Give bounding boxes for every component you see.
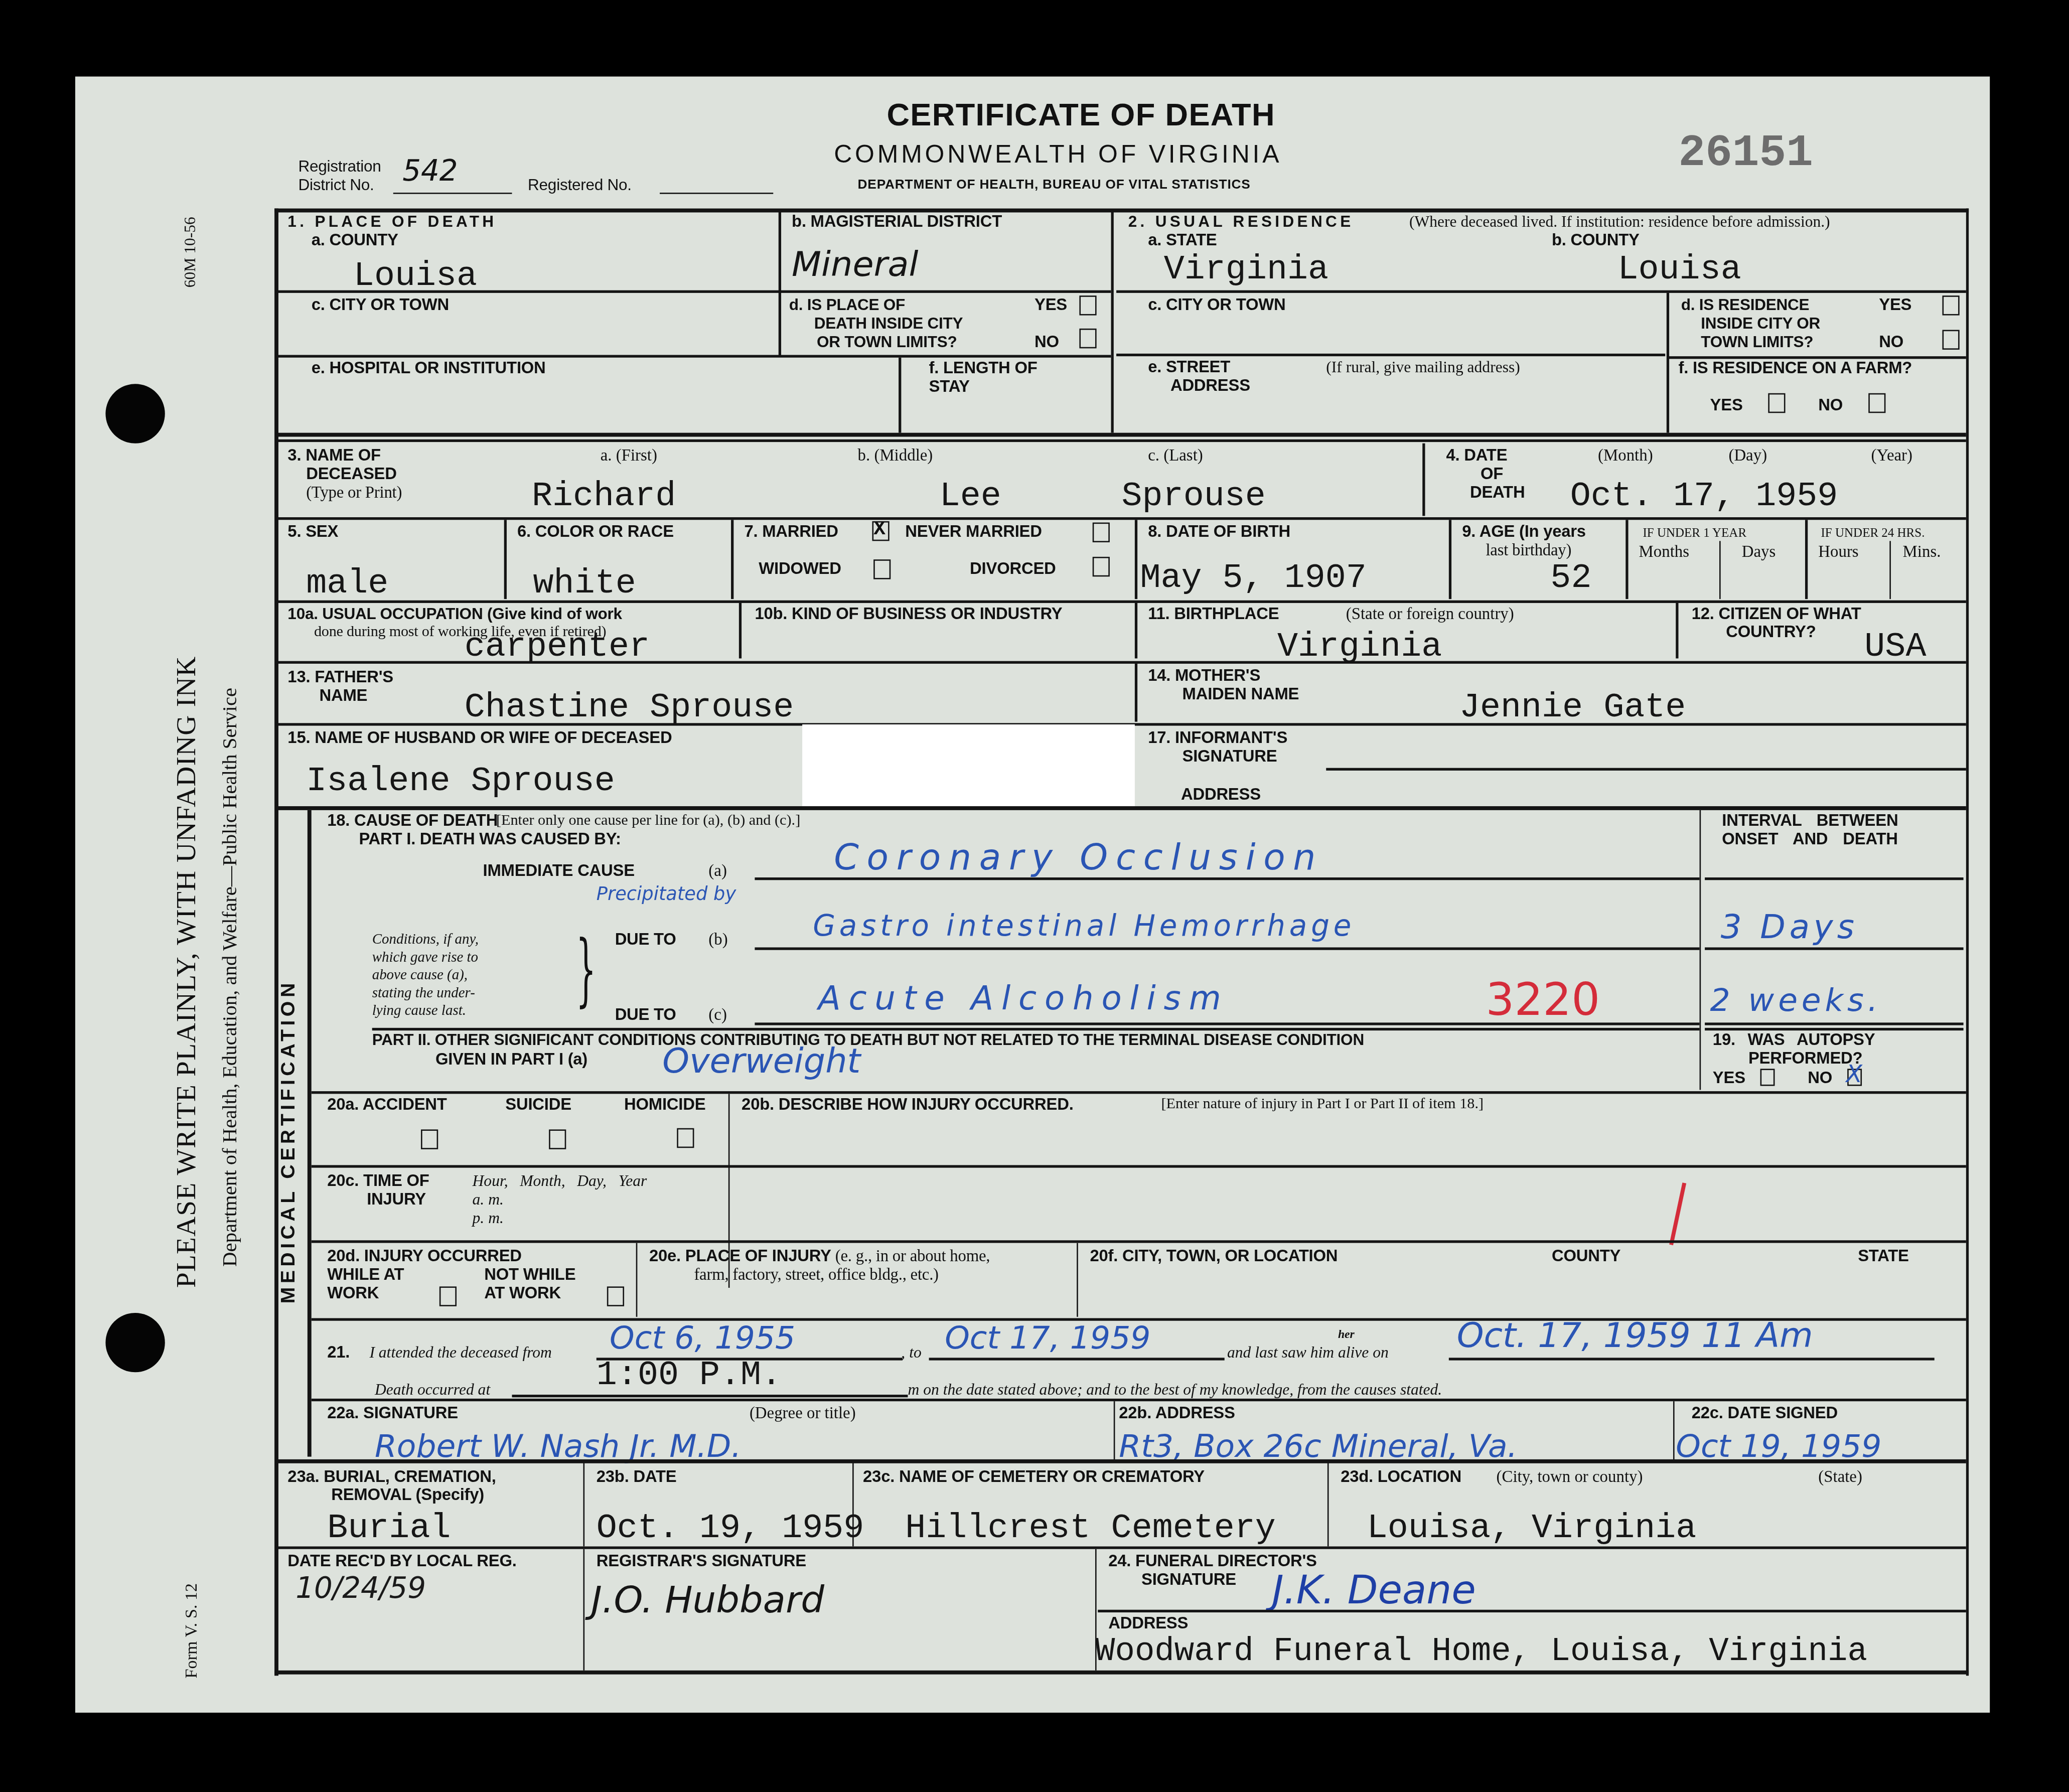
residence-inside-no-checkbox[interactable] (1943, 330, 1960, 350)
injury-city-label: 20f. CITY, TOWN, OR LOCATION (1090, 1247, 1338, 1265)
married-label: 7. MARRIED (744, 523, 838, 541)
physician-address-label: 22b. ADDRESS (1119, 1404, 1235, 1422)
divider (277, 601, 1966, 603)
sex-label: 5. SEX (287, 523, 338, 541)
birthplace-note: (State or foreign country) (1346, 605, 1514, 623)
b-marker: (b) (708, 930, 727, 949)
certificate-number: 26151 (1678, 129, 1813, 180)
spouse-value: Isalene Sprouse (306, 763, 615, 800)
scan-stage: 60M 10-56 PLEASE WRITE PLAINLY, WITH UNF… (0, 0, 2069, 1792)
birthplace-label: 11. BIRTHPLACE (1148, 605, 1279, 623)
section-rule (277, 1459, 1966, 1463)
due-to-b-line (755, 947, 1699, 950)
due-to-c-value: Acute Alcoholism (818, 979, 1229, 1017)
last-name-label: c. (Last) (1148, 446, 1203, 465)
part1-label: PART I. DEATH WAS CAUSED BY: (359, 830, 621, 848)
residence-inside-label: d. IS RESIDENCE INSIDE CITY OR TOWN LIMI… (1681, 295, 1820, 351)
form-right-border (1966, 209, 1968, 1676)
last-name-value: Sprouse (1122, 478, 1266, 515)
dob-label: 8. DATE OF BIRTH (1148, 523, 1290, 541)
medical-certification-label: MEDICAL CERTIFICATION (280, 979, 299, 1303)
magisterial-label: b. MAGISTERIAL DISTRICT (792, 212, 1002, 231)
redacted-area (802, 724, 1135, 809)
due-to-c-label: DUE TO (615, 1005, 676, 1024)
section-divider (1111, 211, 1114, 433)
divider (1449, 520, 1451, 599)
divider (312, 1240, 1966, 1243)
autopsy-yes-checkbox[interactable] (1760, 1069, 1775, 1086)
place-of-death-label: 1. PLACE OF DEATH (287, 212, 497, 231)
farm-yes-checkbox[interactable] (1768, 393, 1785, 413)
divider (779, 211, 781, 356)
divider (312, 1165, 1966, 1167)
divider (1077, 1243, 1078, 1317)
age-label: 9. AGE (In years last birthday) (1462, 523, 1586, 560)
burial-location-note: (City, town or county) (1497, 1467, 1643, 1486)
death-county-value: Louisa (354, 257, 477, 294)
immediate-cause-label: IMMEDIATE CAUSE (483, 861, 635, 880)
registration-label: Registration District No. (298, 157, 381, 194)
divider (1327, 1462, 1329, 1546)
autopsy-yes-label: YES (1713, 1069, 1745, 1087)
father-value: Chastine Sprouse (465, 689, 794, 726)
conditions-note: Conditions, if any, which gave rise to a… (372, 932, 479, 1021)
suicide-checkbox[interactable] (549, 1129, 566, 1149)
burial-method-value: Burial (327, 1510, 451, 1547)
due-to-b-label: DUE TO (615, 930, 676, 949)
state-label: a. STATE (1148, 231, 1217, 249)
divider (899, 358, 901, 433)
residence-label: 2. USUAL RESIDENCE (1128, 212, 1354, 231)
death-no-label: NO (1034, 333, 1059, 351)
farm-no-label: NO (1818, 396, 1843, 414)
married-mark: X (873, 519, 885, 541)
page-title: CERTIFICATE OF DEATH (886, 98, 1275, 135)
spouse-label: 15. NAME OF HUSBAND OR WIFE OF DECEASED (287, 728, 672, 747)
date-signed-label: 22c. DATE SIGNED (1692, 1404, 1838, 1422)
suicide-label: SUICIDE (505, 1095, 571, 1114)
date-of-death-value: Oct. 17, 1959 (1570, 478, 1838, 515)
divider (277, 1546, 1966, 1549)
divorced-checkbox[interactable] (1093, 557, 1110, 576)
date-of-death-label: 4. DATE OF DEATH (1446, 446, 1525, 501)
divider (1719, 541, 1721, 599)
accident-checkbox[interactable] (421, 1129, 438, 1149)
burial-method-label: 23a. BURIAL, CREMATION, REMOVAL (Specify… (287, 1467, 496, 1505)
last-saw-line (1449, 1358, 1935, 1360)
business-label: 10b. KIND OF BUSINESS OR INDUSTRY (755, 605, 1062, 623)
interval-b-value: 3 Days (1721, 908, 1858, 946)
cause-code: 3220 (1486, 974, 1600, 1026)
informant-label: 17. INFORMANT'S SIGNATURE (1148, 728, 1287, 766)
divider (1135, 664, 1137, 722)
to-line (929, 1358, 1225, 1360)
divider (583, 1549, 585, 1671)
director-address-label: ADDRESS (1108, 1614, 1188, 1632)
time-of-injury-label: 20c. TIME OF INJURY (327, 1172, 429, 1209)
while-at-work-checkbox[interactable] (439, 1286, 457, 1306)
punch-hole-top (105, 384, 165, 443)
year-label: (Year) (1871, 446, 1912, 465)
form-code: 60M 10-56 (181, 217, 199, 287)
citizen-value: USA (1864, 628, 1926, 665)
interval-label: INTERVAL BETWEEN ONSET AND DEATH (1722, 812, 1898, 849)
cemetery-label: 23c. NAME OF CEMETERY OR CREMATORY (863, 1467, 1205, 1486)
place-of-injury-label: 20e. PLACE OF INJURY (e. g., in or about… (649, 1247, 990, 1284)
residence-county-label: b. COUNTY (1552, 231, 1640, 249)
part2-value: Overweight (662, 1042, 860, 1082)
part2-label: PART II. OTHER SIGNIFICANT CONDITIONS CO… (372, 1030, 1364, 1049)
divider (636, 1243, 638, 1317)
immediate-cause-value: Coronary Occlusion (834, 838, 1323, 879)
divider (1676, 603, 1678, 658)
registrar-label: REGISTRAR'S SIGNATURE (597, 1552, 806, 1570)
not-at-work-label: NOT WHILE AT WORK (484, 1265, 575, 1302)
injury-county-label: COUNTY (1552, 1247, 1620, 1265)
time-note: Hour, Month, Day, Year a. m. p. m. (473, 1172, 647, 1227)
divider (1422, 443, 1424, 516)
widowed-checkbox[interactable] (873, 559, 891, 579)
divider (1889, 541, 1891, 599)
divider (277, 661, 1966, 664)
brace-icon: } (576, 924, 596, 1016)
first-name-value: Richard (532, 478, 676, 515)
inside-limits-label: d. IS PLACE OF DEATH INSIDE CITY OR TOWN… (789, 295, 963, 351)
injury-state-label: STATE (1858, 1247, 1909, 1265)
divider (312, 1399, 1966, 1401)
registered-no-line (660, 193, 773, 194)
not-at-work-checkbox[interactable] (607, 1286, 624, 1306)
burial-date-value: Oct. 19, 1959 (597, 1510, 864, 1547)
residence-inside-yes-checkbox[interactable] (1943, 295, 1960, 315)
magisterial-value: Mineral (792, 245, 918, 285)
day-label: (Day) (1728, 446, 1767, 465)
divider (731, 520, 733, 599)
middle-name-label: b. (Middle) (858, 446, 933, 465)
attended-from-value: Oct 6, 1955 (610, 1319, 795, 1357)
informant-address-label: ADDRESS (1181, 785, 1261, 804)
divider (1114, 1401, 1115, 1459)
death-inside-no-checkbox[interactable] (1079, 329, 1096, 348)
death-inside-yes-checkbox[interactable] (1079, 295, 1096, 315)
burial-date-label: 23b. DATE (597, 1467, 677, 1486)
form-left-border (274, 209, 278, 1676)
form-top-border (274, 209, 1969, 213)
last-saw-value: Oct. 17, 1959 11 Am (1457, 1317, 1813, 1357)
to-label: , to (901, 1343, 921, 1362)
citizen-label: 12. CITIZEN OF WHAT COUNTRY? (1692, 605, 1861, 642)
residence-city-label: c. CITY OR TOWN (1148, 295, 1285, 314)
describe-note: [Enter nature of injury in Part I or Par… (1161, 1095, 1484, 1114)
sex-value: male (306, 565, 388, 602)
county-label: a. COUNTY (312, 231, 398, 249)
divider (1116, 354, 1665, 356)
date-received-value: 10/24/59 (295, 1573, 426, 1606)
autopsy-no-label: NO (1808, 1069, 1832, 1087)
director-signature: J.K. Deane (1272, 1568, 1475, 1614)
burial-state-note: (State) (1818, 1467, 1862, 1486)
residence-note: (Where deceased lived. If institution: r… (1409, 212, 1830, 231)
margin-instruction: PLEASE WRITE PLAINLY, WITH UNFADING INK (177, 656, 195, 1288)
divider (277, 517, 1966, 520)
attendance-number: 21. (327, 1343, 350, 1362)
divider (852, 1462, 854, 1546)
registered-no-label: Registered No. (528, 176, 632, 194)
divider (583, 1462, 585, 1546)
informant-signature-line (1326, 768, 1966, 770)
her-label: her (1338, 1325, 1355, 1343)
hours-label: Hours (1818, 542, 1858, 561)
mother-value: Jennie Gate (1459, 689, 1686, 726)
divorced-label: DIVORCED (970, 559, 1056, 578)
widowed-label: WIDOWED (759, 559, 841, 578)
never-married-checkbox[interactable] (1093, 523, 1110, 542)
divider (1098, 1610, 1966, 1612)
occupation-value: carpenter (465, 628, 650, 665)
mins-label: Mins. (1903, 542, 1941, 561)
death-time-line (512, 1395, 908, 1397)
interval-c-value: 2 weeks. (1710, 982, 1882, 1019)
section-rule (277, 806, 1966, 810)
margin-agency: Department of Health, Education, and Wel… (222, 688, 240, 1267)
divider (1700, 810, 1701, 1090)
divider (312, 1091, 1966, 1094)
death-at-label: Death occurred at (375, 1380, 490, 1399)
department: DEPARTMENT OF HEALTH, BUREAU OF VITAL ST… (858, 178, 1251, 193)
medical-border (308, 810, 311, 1457)
birthplace-value: Virginia (1277, 628, 1442, 665)
death-statement: m on the date stated above; and to the b… (908, 1380, 1442, 1399)
divider (1135, 520, 1137, 599)
last-saw-label: and last saw him alive on (1227, 1343, 1389, 1362)
divider (1135, 603, 1137, 658)
director-address-value: Woodward Funeral Home, Louisa, Virginia (1095, 1633, 1867, 1671)
months-label: Months (1639, 542, 1689, 561)
never-married-label: NEVER MARRIED (905, 523, 1042, 541)
page-subtitle: COMMONWEALTH OF VIRGINIA (834, 141, 1282, 170)
precipitated-note: Precipitated by (597, 884, 736, 905)
race-value: white (533, 565, 636, 602)
death-yes-label: YES (1034, 295, 1067, 314)
dob-value: May 5, 1907 (1140, 559, 1366, 596)
interval-line-b (1705, 947, 1963, 950)
a-marker: (a) (708, 861, 726, 880)
date-received-label: DATE REC'D BY LOCAL REG. (287, 1552, 516, 1570)
accident-label: 20a. ACCIDENT (327, 1095, 447, 1114)
first-name-label: a. (First) (601, 446, 657, 465)
residence-yes-label: YES (1879, 295, 1911, 314)
interval-line-c (1705, 1022, 1963, 1025)
divider (1116, 290, 1966, 293)
race-label: 6. COLOR OR RACE (517, 523, 674, 541)
under-day-label: IF UNDER 24 HRS. (1821, 525, 1925, 544)
death-time-value: 1:00 P.M. (597, 1357, 782, 1394)
under-year-label: IF UNDER 1 YEAR (1643, 525, 1746, 544)
middle-name-value: Lee (940, 478, 1001, 515)
divider (1805, 520, 1807, 599)
divider (1625, 520, 1628, 599)
cemetery-value: Hillcrest Cemetery (905, 1510, 1276, 1547)
attended-from-label: I attended the deceased from (369, 1343, 551, 1362)
street-note: (If rural, give mailing address) (1326, 358, 1520, 376)
homicide-checkbox[interactable] (677, 1128, 694, 1148)
divider (1673, 1401, 1675, 1459)
cause-note: [Enter only one cause per line for (a), … (496, 812, 800, 830)
residence-county-value: Louisa (1618, 251, 1741, 288)
registration-district-value: 542 (402, 156, 458, 189)
age-value: 52 (1550, 559, 1591, 596)
farm-yes-label: YES (1710, 396, 1743, 414)
form-bottom-border (274, 1671, 1969, 1675)
father-label: 13. FATHER'S NAME (287, 668, 393, 705)
city-label: c. CITY OR TOWN (312, 295, 449, 314)
divider (277, 290, 1111, 293)
autopsy-no-mark: X (1846, 1061, 1862, 1089)
due-to-b-value: Gastro intestinal Hemorrhage (813, 911, 1355, 944)
section-rule (277, 433, 1966, 437)
residence-state-value: Virginia (1164, 251, 1328, 288)
divider (739, 603, 741, 658)
farm-no-checkbox[interactable] (1868, 393, 1885, 413)
cause-label: 18. CAUSE OF DEATH (327, 812, 498, 830)
degree-label: (Degree or title) (750, 1404, 856, 1422)
c-marker: (c) (708, 1005, 726, 1024)
divider (1667, 293, 1669, 433)
punch-hole-bottom (105, 1313, 165, 1372)
interval-line-a (1705, 877, 1963, 880)
month-label: (Month) (1598, 446, 1653, 465)
days-label: Days (1742, 542, 1776, 561)
section-rule (277, 439, 1966, 442)
farm-label: f. IS RESIDENCE ON A FARM? (1678, 359, 1912, 377)
hospital-label: e. HOSPITAL OR INSTITUTION (312, 359, 546, 377)
length-of-stay-label: f. LENGTH OF STAY (929, 359, 1038, 396)
divider (277, 355, 1111, 357)
form-name: Form V. S. 12 (182, 1583, 201, 1679)
residence-no-label: NO (1879, 333, 1903, 351)
registrar-signature: J.O. Hubbard (591, 1578, 824, 1622)
burial-location-value: Louisa, Virginia (1367, 1510, 1697, 1547)
name-label: 3. NAME OF DECEASED (Type or Print) (287, 446, 402, 501)
signature-label: 22a. SIGNATURE (327, 1404, 458, 1422)
burial-location-label: 23d. LOCATION (1341, 1467, 1461, 1486)
street-label: e. STREET ADDRESS (1148, 358, 1250, 395)
mother-label: 14. MOTHER'S MAIDEN NAME (1148, 666, 1299, 703)
attended-to-value: Oct 17, 1959 (945, 1319, 1150, 1357)
registration-district-line (393, 193, 512, 194)
homicide-label: HOMICIDE (624, 1095, 705, 1114)
describe-label: 20b. DESCRIBE HOW INJURY OCCURRED. (742, 1095, 1073, 1114)
divider (504, 520, 506, 599)
part2-given-label: GIVEN IN PART I (a) (435, 1051, 587, 1069)
